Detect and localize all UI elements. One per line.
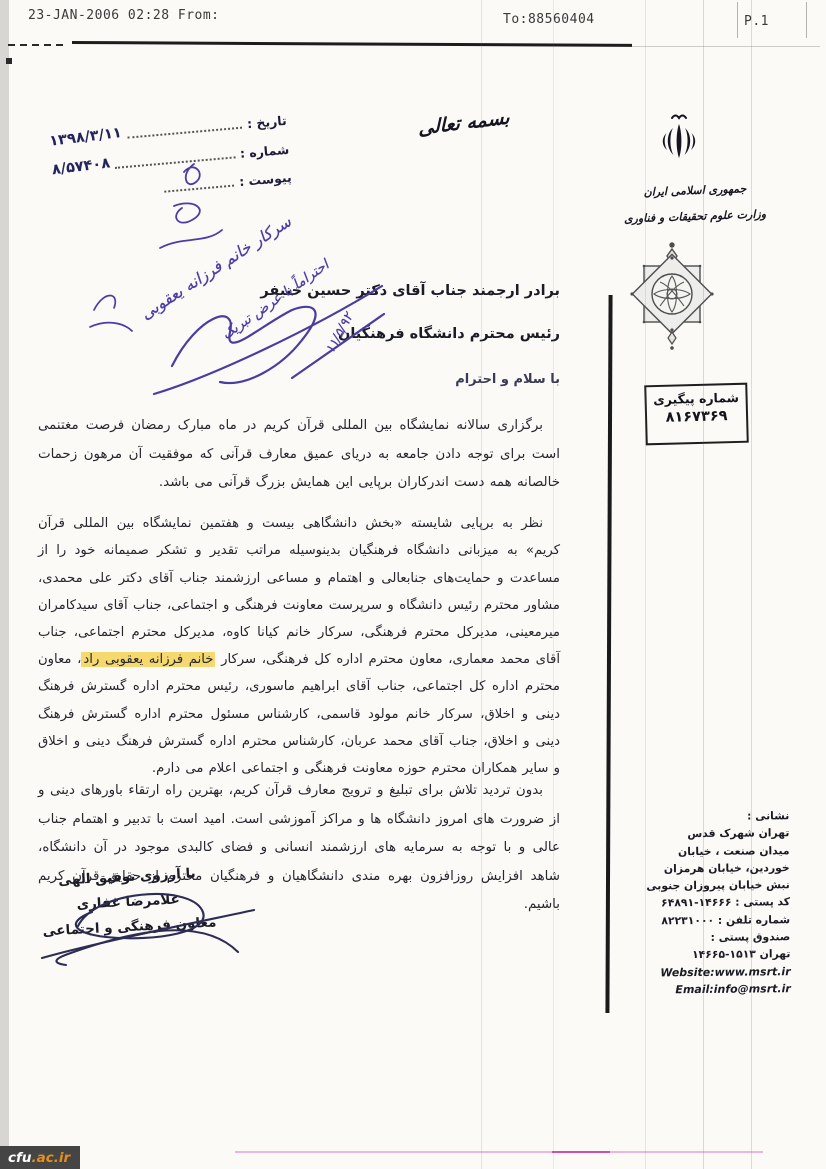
address-line: کد پستی : ۱۴۶۶۶-۶۴۸۹۱: [604, 894, 790, 913]
address-line: نبش خیابان پیروزان جنوبی: [604, 876, 790, 895]
tracking-number: ۸۱۶۷۳۶۹: [647, 408, 746, 427]
dotted-leader: [127, 127, 243, 139]
highlighted-name: خانم فرزانه یعقوبی راد: [81, 652, 215, 667]
fax-top-rule-dashed: [8, 44, 68, 46]
address-website: Website:www.msrt.ir: [605, 963, 791, 982]
scan-speck: [6, 58, 12, 64]
scan-pink-line: [235, 1151, 763, 1153]
salutation: با سلام و احترام: [455, 372, 560, 387]
address-block: نشانی : تهران شهرک قدس میدان صنعت ، خیاب…: [603, 807, 791, 999]
address-line: خوردین، خیابان هرمزان: [604, 859, 790, 878]
fax-page-number: P.1: [744, 14, 769, 29]
iran-emblem-icon: [650, 110, 708, 178]
scan-left-edge: [0, 0, 9, 1169]
tracking-label: شماره پیگیری: [646, 390, 745, 408]
date-label: تاریخ :: [246, 113, 287, 131]
watermark-domain: .ac.ir: [32, 1150, 71, 1166]
address-line: صندوق پستی :: [604, 928, 790, 947]
watermark-badge: cfu.ac.ir: [0, 1146, 80, 1169]
fax-page: 23-JAN-2006 02:28 From: To:88560404 P.1 …: [0, 0, 826, 1169]
attachment-label: پیوست :: [239, 170, 293, 190]
body-paragraph-2: نظر به برپایی شایسته «بخش دانشگاهی بیست …: [38, 510, 560, 782]
address-line: میدان صنعت ، خیابان: [603, 842, 789, 861]
number-value: ۸/۵۷۴۰۸: [51, 155, 111, 178]
p2-text-before: نظر به برپایی شایسته «بخش دانشگاهی بیست …: [38, 516, 560, 667]
tracking-box: شماره پیگیری ۸۱۶۷۳۶۹: [644, 383, 749, 446]
handwritten-scribble: [82, 282, 142, 342]
body-paragraph-1: برگزاری سالانه نمایشگاه بین المللی قرآن …: [38, 412, 560, 498]
address-line: شماره تلفن : ۸۲۲۳۱۰۰۰: [604, 911, 790, 930]
fax-header-separator: [806, 2, 807, 38]
watermark-cfu: cfu: [8, 1150, 32, 1166]
address-line: نشانی :: [603, 807, 789, 826]
fax-header-separator: [737, 2, 738, 38]
address-line: تهران ۱۵۱۳-۱۴۶۶۵: [604, 946, 790, 965]
address-email: Email:info@msrt.ir: [605, 980, 791, 999]
handwritten-signature: [142, 248, 392, 398]
scan-pink-line-segment: [552, 1151, 610, 1153]
fax-recipient-number: To:88560404: [503, 12, 595, 27]
p2-text-after: ، معاون محترم اداره کل اجتماعی، جناب آقا…: [38, 652, 560, 776]
fax-top-rule-faint: [632, 46, 820, 47]
ornament-star-icon: [620, 236, 724, 358]
official-signature: [36, 882, 261, 982]
address-line: تهران شهرک قدس: [603, 824, 789, 843]
fax-timestamp: 23-JAN-2006 02:28 From:: [28, 8, 220, 23]
number-label: شماره :: [239, 142, 289, 161]
